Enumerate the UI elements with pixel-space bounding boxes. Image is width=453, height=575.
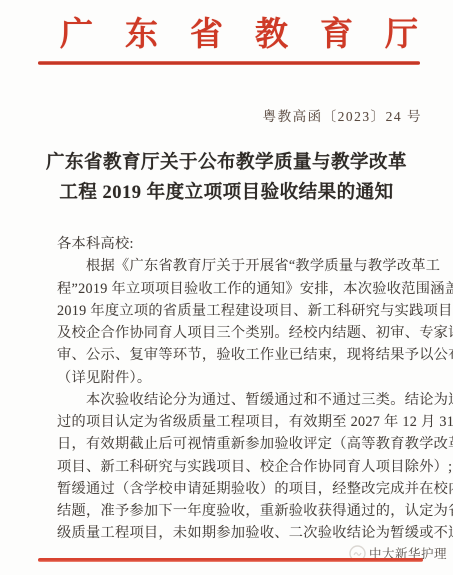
body-line: 及校企合作协同育人项目三个类别。经校内结题、初审、专家评 (57, 322, 429, 344)
body-line: 过的项目认定为省级质量工程项目，有效期至 2027 年 12 月 31 (57, 411, 429, 433)
body-line: 暂缓通过（含学校申请延期验收）的项目，经整改完成并在校内 (57, 478, 429, 500)
document-page: 广东省教育厅 粤教高函〔2023〕24 号 广东省教育厅关于公布教学质量与教学改… (0, 0, 453, 575)
letterhead-title: 广东省教育厅 (60, 15, 450, 55)
body-line: 审、公示、复审等环节，验收工作业已结束，现将结果予以公布 (57, 344, 429, 366)
body-line: 程”2019 年立项项目验收工作的通知》安排，本次验收范围涵盖 (57, 278, 429, 300)
doc-number: 粤教高函〔2023〕24 号 (263, 105, 422, 125)
body-text: 各本科高校: 根据《广东省教育厅关于开展省“教学质量与教学改革工 程”2019 … (57, 233, 429, 545)
document-title: 广东省教育厅关于公布教学质量与教学改革 工程 2019 年度立项项目验收结果的通… (0, 149, 453, 208)
document-title-line1: 广东省教育厅关于公布教学质量与教学改革 (0, 149, 453, 179)
document-title-line2: 工程 2019 年度立项项目验收结果的通知 (0, 179, 453, 209)
body-line: 2019 年度立项的省质量工程建设项目、新工科研究与实践项目 (57, 300, 429, 322)
body-line: 本次验收结论分为通过、暂缓通过和不通过三类。结论为通 (57, 389, 429, 411)
body-line: 项目、新工科研究与实践项目、校企合作协同育人项目除外）; (57, 456, 429, 478)
letterhead-rule (38, 61, 420, 65)
salutation-line: 各本科高校: (57, 233, 429, 255)
body-line: 结题，准予参加下一年度验收，重新验收获得通过的，认定为省 (57, 500, 429, 522)
body-line: 日，有效期截止后可视情重新参加验收评定（高等教育教学改革 (57, 433, 429, 455)
body-line: （详见附件）。 (57, 367, 429, 389)
bottom-red-underline (38, 558, 423, 562)
body-line: 级质量工程项目，未如期参加验收、二次验收结论为暂缓或不通 (57, 522, 429, 544)
body-line: 根据《广东省教育厅关于开展省“教学质量与教学改革工 (57, 255, 429, 277)
